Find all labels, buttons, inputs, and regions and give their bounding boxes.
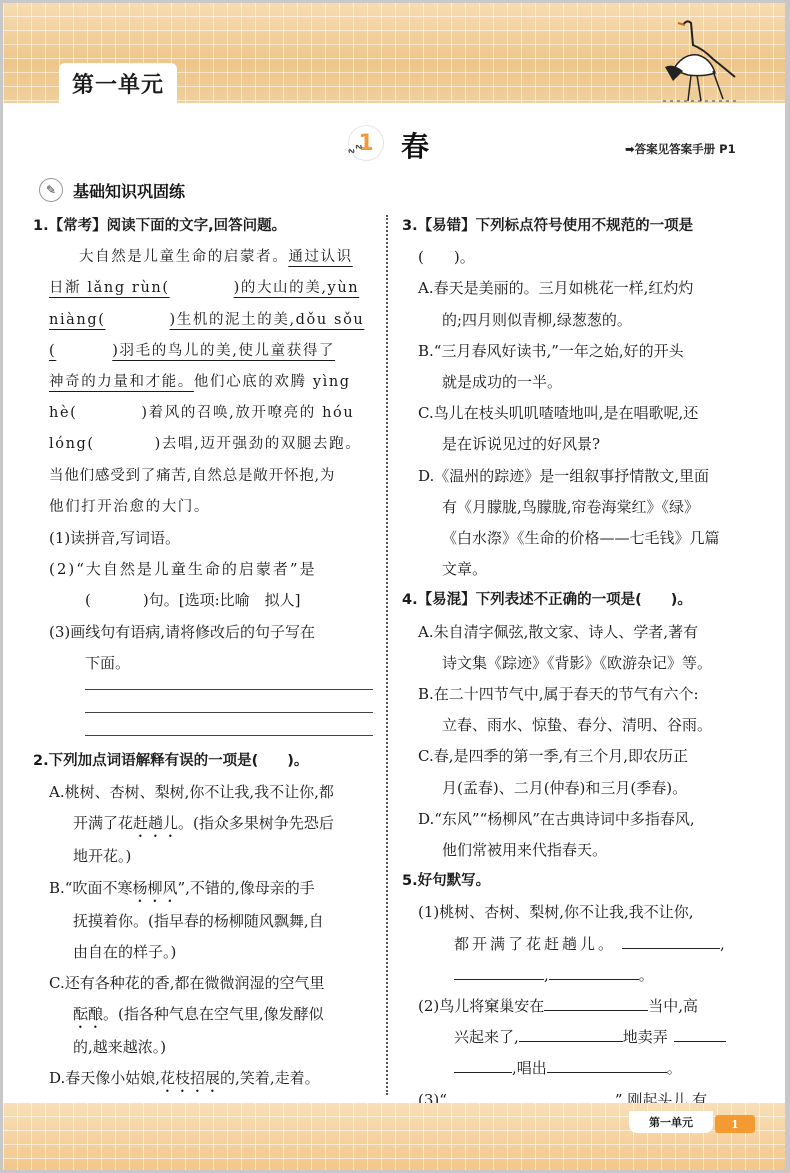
recitation-text: ,唱出 bbox=[512, 1059, 547, 1077]
underlined-text: 神奇的力量和才能。 bbox=[49, 374, 194, 390]
question-1-sub-3: (3)画线句有语病,请将修改后的句子写在 bbox=[33, 617, 375, 648]
option-b[interactable]: B.“三月春风好读书,”一年之始,好的开头 bbox=[418, 336, 752, 367]
passage-text: 他们打开治愈的大门。 bbox=[49, 492, 375, 523]
dotted-word: 酝酿 bbox=[73, 1005, 103, 1023]
answer-line[interactable] bbox=[85, 735, 373, 736]
underlined-text: )羽毛的鸟儿的美,使儿童获得了 bbox=[112, 343, 335, 359]
recitation-text: 都开满了花赶趟儿。 bbox=[454, 935, 616, 953]
column-divider bbox=[386, 215, 388, 1095]
recitation-text: 兴起来了, bbox=[454, 1028, 519, 1046]
option-c[interactable]: C.春,是四季的第一季,有三个月,即农历正 bbox=[418, 741, 752, 772]
options-text: )句。[选项:比喻 拟人] bbox=[143, 591, 301, 609]
passage-text: )去唱,迈开强劲的双腿去跑。 bbox=[155, 436, 362, 452]
option-text: 就是成功的一半。 bbox=[418, 367, 752, 398]
option-text: 是在诉说见过的好风景? bbox=[418, 429, 752, 460]
option-text: 的;四月则似青柳,绿葱葱的。 bbox=[418, 305, 752, 336]
passage-text: lóng( bbox=[49, 436, 95, 452]
section-title: 基础知识巩固练 bbox=[73, 179, 185, 202]
question-1-passage: 大自然是儿童生命的启蒙者。通过认识 日渐 lǎng rùn()的大山的美,yùn… bbox=[33, 242, 375, 523]
page-number: 1 bbox=[715, 1115, 755, 1133]
option-a[interactable]: A.春天是美丽的。三月如桃花一样,红灼灼 bbox=[418, 273, 752, 304]
question-2-options: A.桃树、杏树、梨树,你不让我,我不让你,都 开满了花赶趟儿。(指众多果树争先恐… bbox=[33, 777, 375, 1127]
option-text: 诗文集《踪迹》《背影》《欧游杂记》等。 bbox=[418, 648, 752, 679]
workbook-page: 第一单元 ∿∿ 1 春 ➡答案见答案手册 P1 ✎ 基础知识巩固练 1.【常考】… bbox=[3, 3, 785, 1170]
recitation-1: (1)桃树、杏树、梨树,你不让我,我不让你, bbox=[418, 897, 752, 928]
passage-text: 他们心底的欢腾 yìng bbox=[194, 374, 351, 390]
question-2-title: 2.下列加点词语解释有误的一项是( )。 bbox=[33, 746, 375, 777]
fill-blank[interactable] bbox=[622, 933, 720, 949]
option-text: 有《月朦胧,鸟朦胧,帘卷海棠红》《绿》 bbox=[418, 492, 752, 523]
answer-line[interactable] bbox=[85, 689, 373, 690]
right-column: 3.【易错】下列标点符号使用不规范的一项是 ( )。 A.春天是美丽的。三月如桃… bbox=[402, 211, 752, 1147]
lesson-title: 春 bbox=[401, 125, 429, 165]
option-text: 。(指众多果树争先恐后 bbox=[178, 814, 334, 832]
option-b[interactable]: B.“吹面不寒杨柳风”,不错的,像母亲的手 bbox=[49, 873, 375, 906]
punct: 。 bbox=[667, 1059, 682, 1077]
underlined-text: 通过认识 bbox=[288, 249, 352, 265]
option-b[interactable]: B.在二十四节气中,属于春天的节气有六个: bbox=[418, 679, 752, 710]
passage-text: 当他们感受到了痛苦,自然总是敞开怀抱,为 bbox=[49, 461, 375, 492]
option-d[interactable]: D.《温州的踪迹》是一组叙事抒情散文,里面 bbox=[418, 461, 752, 492]
question-1-title: 1.【常考】阅读下面的文字,回答问题。 bbox=[33, 211, 375, 242]
option-a[interactable]: A.朱自清字佩弦,散文家、诗人、学者,著有 bbox=[418, 617, 752, 648]
underlined-text: 日渐 lǎng rùn( bbox=[49, 280, 170, 296]
option-text: 的,笑着,走着。 bbox=[220, 1069, 320, 1087]
option-c[interactable]: C.还有各种花的香,都在微微润湿的空气里 bbox=[49, 968, 375, 999]
option-text: ”,不错的,像母亲的手 bbox=[177, 879, 314, 897]
dotted-word: 赶趟儿 bbox=[133, 814, 178, 832]
footer-unit-label: 第一单元 bbox=[629, 1111, 713, 1133]
option-text: 的,越来越浓。) bbox=[49, 1032, 375, 1063]
option-text: 由自在的样子。) bbox=[49, 937, 375, 968]
option-text: 立春、雨水、惊蛰、春分、清明、谷雨。 bbox=[418, 710, 752, 741]
fill-blank[interactable] bbox=[544, 995, 648, 1011]
option-d[interactable]: D.春天像小姑娘,花枝招展的,笑着,走着。 bbox=[49, 1063, 375, 1096]
question-3-title: 3.【易错】下列标点符号使用不规范的一项是 bbox=[402, 211, 752, 242]
fill-blank[interactable] bbox=[454, 1057, 512, 1073]
option-text: 地开花。) bbox=[49, 841, 375, 872]
crane-illustration-icon bbox=[643, 15, 753, 105]
fill-blank[interactable] bbox=[674, 1026, 726, 1042]
left-column: 1.【常考】阅读下面的文字,回答问题。 大自然是儿童生命的启蒙者。通过认识 日渐… bbox=[33, 211, 375, 1128]
option-text: 开满了花 bbox=[73, 814, 133, 832]
fill-blank[interactable] bbox=[454, 964, 544, 980]
underlined-text: )生机的泥土的美,dǒu sǒu bbox=[170, 312, 365, 328]
option-text: 月(孟春)、二月(仲春)和三月(季春)。 bbox=[418, 773, 752, 804]
option-text: 他们常被用来代指春天。 bbox=[418, 835, 752, 866]
question-3-paren[interactable]: ( )。 bbox=[402, 242, 752, 273]
underlined-text: niàng( bbox=[49, 312, 106, 328]
answer-line[interactable] bbox=[85, 712, 373, 713]
option-text: 文章。 bbox=[418, 554, 752, 585]
option-text: 抚摸着你。(指早春的杨柳随风飘舞,自 bbox=[49, 906, 375, 937]
dotted-word: 杨柳风 bbox=[132, 879, 177, 897]
passage-text: hè( bbox=[49, 405, 77, 421]
question-3-options: A.春天是美丽的。三月如桃花一样,红灼灼 的;四月则似青柳,绿葱葱的。 B.“三… bbox=[402, 273, 752, 585]
option-text: B.“吹面不寒 bbox=[49, 879, 132, 897]
option-text: 。(指各种气息在空气里,像发酵似 bbox=[103, 1005, 324, 1023]
section-header: ✎ 基础知识巩固练 bbox=[39, 178, 185, 202]
lesson-number-badge: ∿∿ 1 bbox=[348, 125, 384, 161]
fill-blank[interactable] bbox=[547, 1057, 667, 1073]
option-text: 《白水漈》《生命的价格——七毛钱》几篇 bbox=[418, 523, 752, 554]
fill-blank[interactable] bbox=[549, 964, 639, 980]
question-4-title: 4.【易混】下列表述不正确的一项是( )。 bbox=[402, 585, 752, 616]
option-a[interactable]: A.桃树、杏树、梨树,你不让我,我不让你,都 bbox=[49, 777, 375, 808]
question-1-sub-1: (1)读拼音,写词语。 bbox=[33, 523, 375, 554]
section-icon: ✎ bbox=[39, 178, 63, 202]
unit-label: 第一单元 bbox=[59, 63, 177, 103]
paren-open: ( bbox=[85, 591, 91, 609]
punct: , bbox=[720, 935, 728, 953]
question-1-sub-2: (2)“大自然是儿童生命的启蒙者”是 bbox=[33, 554, 375, 585]
recitation-2: (2)鸟儿将窠巢安在 bbox=[418, 997, 544, 1015]
underlined-text: ( bbox=[49, 343, 56, 359]
answer-reference: ➡答案见答案手册 P1 bbox=[625, 141, 736, 157]
option-text: D.春天像小姑娘, bbox=[49, 1069, 160, 1087]
fill-blank[interactable] bbox=[519, 1026, 623, 1042]
question-1-sub-3-cont: 下面。 bbox=[33, 648, 375, 679]
punct: 。 bbox=[639, 966, 654, 984]
recitation-text: 地卖弄 bbox=[623, 1028, 668, 1046]
option-d[interactable]: D.“东风”“杨柳风”在古典诗词中多指春风, bbox=[418, 804, 752, 835]
question-5-title: 5.好句默写。 bbox=[402, 866, 752, 897]
underlined-text: )的大山的美,yùn bbox=[234, 280, 360, 296]
dotted-word: 花枝招展 bbox=[160, 1069, 220, 1087]
passage-text: 大自然是儿童生命的启蒙者。 bbox=[79, 249, 288, 265]
passage-text: )着风的召唤,放开嘹亮的 hóu bbox=[141, 405, 354, 421]
recitation-text: 当中,高 bbox=[648, 997, 698, 1015]
question-4-options: A.朱自清字佩弦,散文家、诗人、学者,著有 诗文集《踪迹》《背影》《欧游杂记》等… bbox=[402, 617, 752, 867]
option-c[interactable]: C.鸟儿在枝头叽叽喳喳地叫,是在唱歌呢,还 bbox=[418, 398, 752, 429]
